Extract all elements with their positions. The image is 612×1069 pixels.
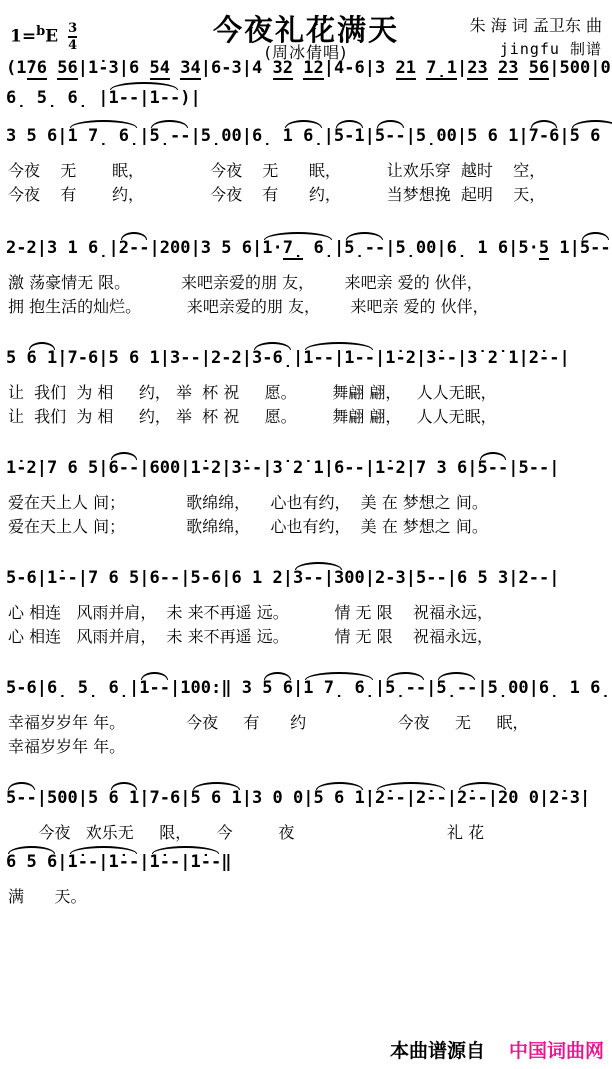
footer: 本曲谱源自中国词曲网 (390, 1036, 604, 1063)
notation-line-7: 5--|500|5 6 1̇|7-6|5 6 1|3 0 0|5 6 1̇|2̇… (6, 788, 612, 808)
site-link[interactable]: 中国词曲网 (509, 1040, 604, 1062)
lyrics-line-7a: 今夜 欢乐无 限， 今 夜 礼 花 (8, 820, 612, 843)
lyricist-composer-credit: 朱 海 词 孟卫东 曲 (470, 14, 602, 38)
lyrics-line-4b: 爱在天上人 间； 歌绵绵， 心也有约， 美 在 梦想之 间。 (8, 514, 612, 537)
lyrics-line-3a: 让 我们 为 相 约， 举 杯 祝 愿。 舞翩 翩， 人人无眠， (8, 380, 612, 403)
notation-line-2: 2-2|3 1 6̣|2--|200|3 5 6|1·7̣ 6̣|5̣--|5̣… (6, 238, 612, 258)
notation-line-3: 5 6 1̇|7-6|5 6 1|3--|2-2|3-6̣|1--|1--|1̇… (6, 348, 612, 368)
lyrics-line-4a: 爱在天上人 间； 歌绵绵， 心也有约， 美 在 梦想之 间。 (8, 490, 612, 513)
lyrics-line-2b: 拥 抱生活的灿烂。 来吧亲爱的朋 友， 来吧亲 爱的 伙伴， (8, 294, 612, 317)
lyrics-line-5a: 心 相连 风雨并肩， 未 来不再遥 远。 情 无 限 祝福永远， (8, 600, 612, 623)
credits-block: 朱 海 词 孟卫东 曲 jingfu 制谱 (470, 14, 602, 59)
notation-line-8: 6 5 6|1̇--|1̇--|1̇--|1̇--‖ (6, 852, 612, 872)
notation-line-intro-2: 6̣ 5̣ 6̣ |1--|1--)| (6, 88, 612, 108)
notation-line-6: 5-6|6̣ 5̣ 6̣|1--|100:‖ 3 5 6|1 7̣ 6̣|5̣-… (6, 678, 612, 698)
notation-line-5: 5-6|1̇--|7 6 5|6--|5-6|6 1 2|3--|300|2-3… (6, 568, 612, 588)
lyrics-line-1a: 今夜 无 眠， 今夜 无 眠， 让欢乐穿 越时 空， (8, 158, 612, 181)
lyrics-line-8a: 满 天。 (8, 884, 612, 907)
source-label: 本曲谱源自 (390, 1040, 485, 1062)
lyrics-line-2a: 激 荡豪情无 限。 来吧亲爱的朋 友， 来吧亲 爱的 伙伴， (8, 270, 612, 293)
lyrics-line-5b: 心 相连 风雨并肩， 未 来不再遥 远。 情 无 限 祝福永远， (8, 624, 612, 647)
lyrics-line-1b: 今夜 有 约， 今夜 有 约， 当梦想挽 起明 天， (8, 182, 612, 205)
sheet-music-page: 1=bE34 今夜礼花满天 (周冰倩唱) 朱 海 词 孟卫东 曲 jingfu … (0, 0, 612, 1069)
notation-line-4: 1̇-2̇|7 6 5|6--|600|1̇-2̇|3̇--|3̇ 2̇ 1̇|… (6, 458, 612, 478)
lyrics-line-3b: 让 我们 为 相 约， 举 杯 祝 愿。 舞翩 翩， 人人无眠， (8, 404, 612, 427)
lyrics-line-6a: 幸福岁岁年 年。 今夜 有 约 今夜 无 眠， (8, 710, 612, 733)
notation-line-intro-1: (1̇76 56|1̇-3|6 54 34|6-3|4 32 12|4-6|3 … (6, 58, 612, 78)
notation-maker-credit: jingfu 制谱 (470, 38, 602, 59)
notation-line-1: 3 5 6|1 7̣ 6̣|5̣--|5̣00|6̣ 1 6̣|5-1|5--|… (6, 126, 612, 146)
lyrics-line-6b: 幸福岁岁年 年。 (8, 734, 612, 757)
